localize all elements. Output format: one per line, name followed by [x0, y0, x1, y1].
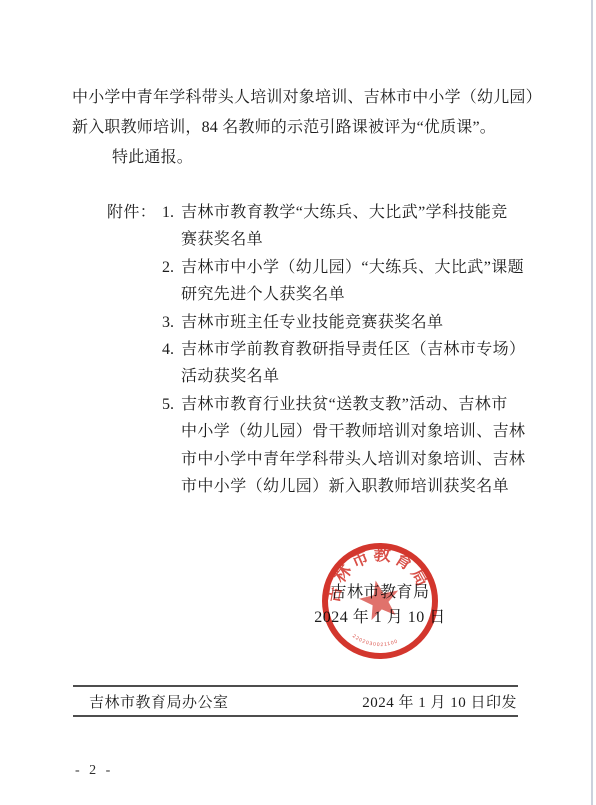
seal-star-icon [356, 576, 403, 621]
item-text: 活动获奖名单 [162, 363, 532, 390]
item-text: 市中小学（幼儿园）新入职教师培训获奖名单 [162, 473, 532, 500]
attachments-list: 1. 吉林市教育教学“大练兵、大比武”学科技能竞 赛获奖名单 2. 吉林市中小学… [162, 199, 532, 500]
paragraph-line: 中小学中青年学科带头人培训对象培训、吉林市中小学（幼儿园） [72, 83, 534, 113]
item-number: 1. [162, 199, 181, 226]
attachment-item: 2. 吉林市中小学（幼儿园）“大练兵、大比武”课题 研究先进个人获奖名单 [162, 254, 532, 309]
print-date: 2024 年 1 月 10 日印发 [362, 691, 517, 712]
item-text: 赛获奖名单 [162, 226, 532, 253]
document-page: 中小学中青年学科带头人培训对象培训、吉林市中小学（幼儿园） 新入职教师培训，84… [0, 0, 596, 805]
item-number: 5. [162, 391, 181, 418]
attachment-item: 4. 吉林市学前教育教研指导责任区（吉林市专场） 活动获奖名单 [162, 336, 532, 391]
closing-line: 特此通报。 [72, 143, 534, 173]
item-text: 市中小学中青年学科带头人培训对象培训、吉林 [162, 446, 532, 473]
item-text: 吉林市学前教育教研指导责任区（吉林市专场） [181, 336, 525, 363]
scan-edge-artifact [591, 0, 593, 805]
item-number: 3. [162, 309, 181, 336]
attachments-block: 附件： 1. 吉林市教育教学“大练兵、大比武”学科技能竞 赛获奖名单 2. 吉林… [107, 199, 532, 500]
paragraph-line: 新入职教师培训，84 名教师的示范引路课被评为“优质课”。 [72, 113, 534, 143]
attachment-item: 5. 吉林市教育行业扶贫“送教支教”活动、吉林市 中小学（幼儿园）骨干教师培训对… [162, 391, 532, 501]
body-paragraph: 中小学中青年学科带头人培训对象培训、吉林市中小学（幼儿园） 新入职教师培训，84… [72, 83, 534, 173]
attachment-item: 3. 吉林市班主任专业技能竞赛获奖名单 [162, 309, 532, 336]
page-number: - 2 - [75, 763, 113, 779]
item-text: 吉林市教育教学“大练兵、大比武”学科技能竞 [181, 199, 508, 226]
item-number: 4. [162, 336, 181, 363]
item-text: 中小学（幼儿园）骨干教师培训对象培训、吉林 [162, 418, 532, 445]
item-text: 吉林市教育行业扶贫“送教支教”活动、吉林市 [181, 391, 508, 418]
item-text: 研究先进个人获奖名单 [162, 281, 532, 308]
item-number: 2. [162, 254, 181, 281]
official-seal: 吉林市教育局 2202030021100 [315, 536, 445, 666]
item-text: 吉林市中小学（幼儿园）“大练兵、大比武”课题 [181, 254, 524, 281]
issuing-office: 吉林市教育局办公室 [89, 691, 229, 712]
colophon: 吉林市教育局办公室 2024 年 1 月 10 日印发 [73, 685, 518, 717]
attachments-label: 附件： [107, 199, 162, 226]
item-text: 吉林市班主任专业技能竞赛获奖名单 [181, 309, 443, 336]
attachment-item: 1. 吉林市教育教学“大练兵、大比武”学科技能竞 赛获奖名单 [162, 199, 532, 254]
